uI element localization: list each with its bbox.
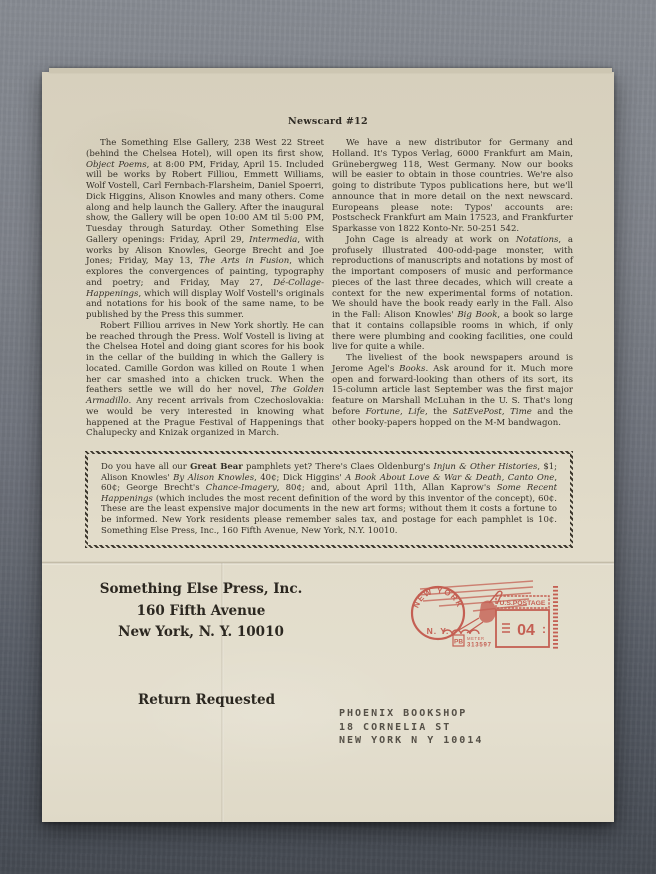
stamp-meter-word: METER <box>467 636 485 641</box>
sender-address: Something Else Press, Inc. 160 Fifth Ave… <box>70 579 332 644</box>
stamp-value: 04 <box>517 622 535 639</box>
recipient-line: PHOENIX BOOKSHOP <box>339 707 483 721</box>
recipient-line: NEW YORK N Y 10014 <box>339 734 483 748</box>
stamp-city-arc: NEW YORK <box>412 586 465 609</box>
paragraph-filliou-news: Robert Filliou arrives in New York short… <box>86 321 324 439</box>
return-requested-notice: Return Requested <box>138 692 275 708</box>
paragraph-john-cage: John Cage is already at work on Notation… <box>332 235 573 353</box>
stamp-postage-label: U.S.POSTAGE <box>500 600 546 607</box>
triple-bar-icon <box>502 624 510 632</box>
sender-line: Something Else Press, Inc. <box>70 579 332 601</box>
newsletter-page: Newscard #12 The Something Else Gallery,… <box>42 72 614 822</box>
paragraph-gallery-opening: The Something Else Gallery, 238 West 22 … <box>86 138 324 321</box>
perforation-column <box>553 586 558 649</box>
body-columns: The Something Else Gallery, 238 West 22 … <box>86 138 573 439</box>
horizontal-fold-crease <box>42 561 614 565</box>
postage-meter-stamp: NEW YORK N. Y. PB METER 313597 U.S.POSTA… <box>395 575 595 665</box>
paragraph-book-newspapers: The liveliest of the book newspapers aro… <box>332 353 573 428</box>
paragraph-distributor: We have a new distributor for Germany an… <box>332 138 573 235</box>
stamp-pb-label: PB <box>454 639 463 646</box>
postage-meter-stamp-graphic: NEW YORK N. Y. PB METER 313597 U.S.POSTA… <box>395 575 595 665</box>
stamp-city-bottom: N. Y. <box>427 626 450 636</box>
right-column: We have a new distributor for Germany an… <box>332 138 573 439</box>
recipient-address: PHOENIX BOOKSHOP 18 CORNELIA ST NEW YORK… <box>339 707 483 748</box>
page-title: Newscard #12 <box>42 116 614 127</box>
recipient-line: 18 CORNELIA ST <box>339 721 483 735</box>
sender-line: New York, N. Y. 10010 <box>70 622 332 644</box>
promo-text: Do you have all our Great Bear pamphlets… <box>101 462 557 536</box>
stamp-colon: : <box>542 622 546 636</box>
great-bear-promo-box: Do you have all our Great Bear pamphlets… <box>85 451 573 548</box>
left-column: The Something Else Gallery, 238 West 22 … <box>86 138 324 439</box>
sender-line: 160 Fifth Avenue <box>70 601 332 623</box>
stamp-meter-number: 313597 <box>467 643 492 649</box>
